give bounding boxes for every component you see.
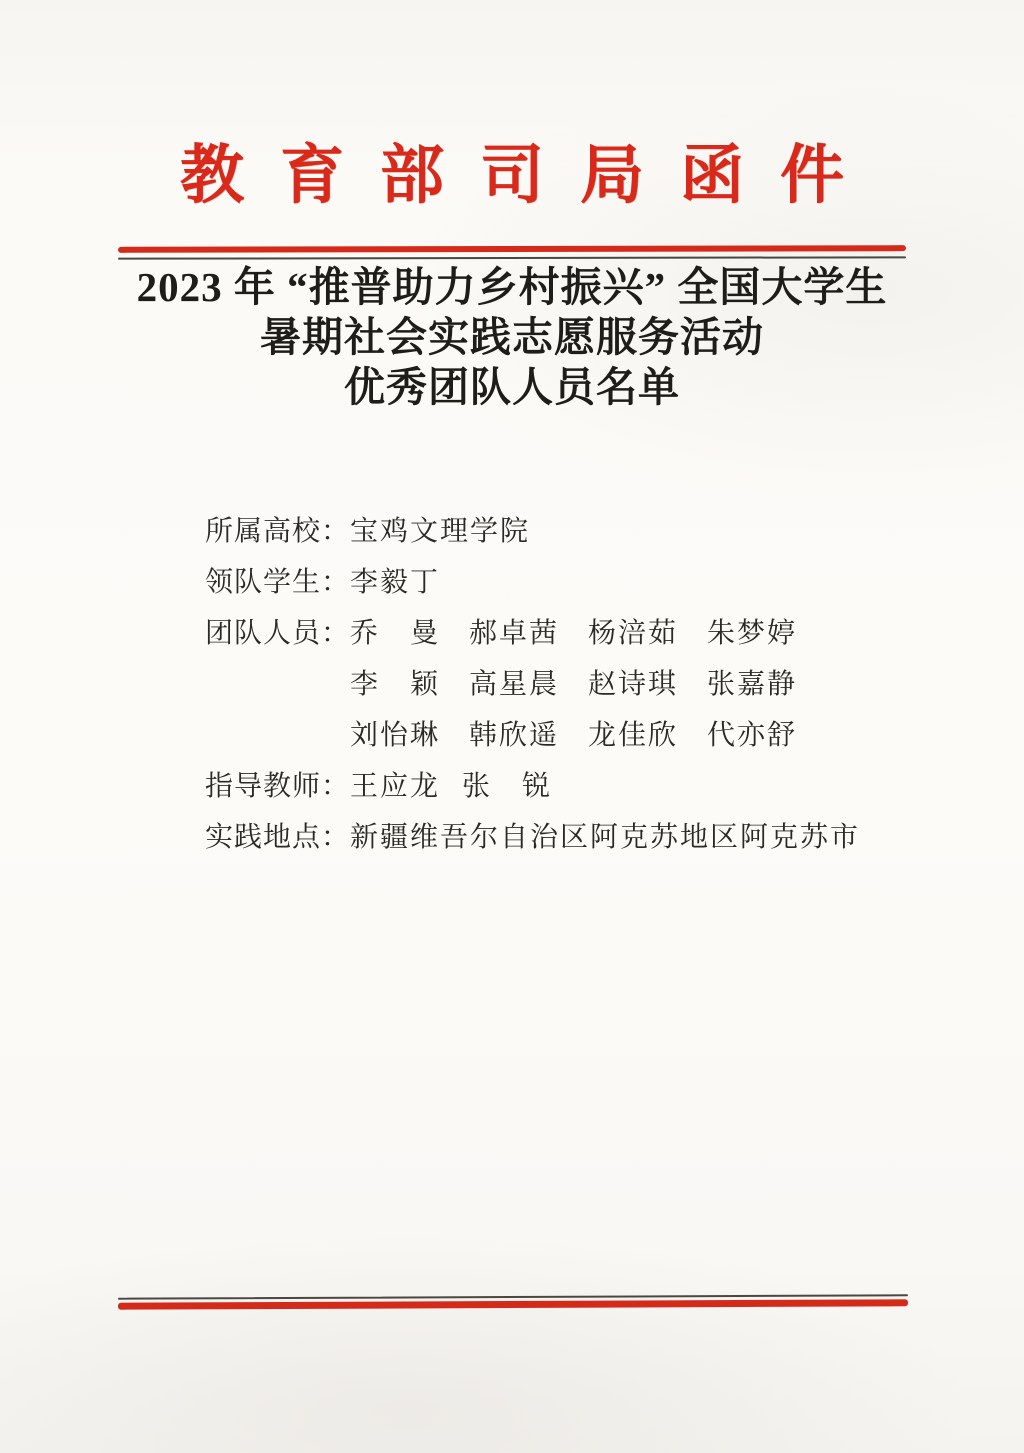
field-instructors: 指导教师： 王应龙 张 锐 xyxy=(205,761,905,812)
team-member-name: 高星晨 xyxy=(469,659,567,710)
title-line-1: 2023 年 “推普助力乡村振兴” 全国大学生 xyxy=(0,262,1024,312)
title-line-2: 暑期社会实践志愿服务活动 xyxy=(0,312,1024,362)
team-member-name: 韩欣遥 xyxy=(469,710,567,761)
footer-divider-red-line xyxy=(118,1299,908,1309)
team-member-row-2: 李 颖 高星晨 赵诗琪 张嘉静 xyxy=(350,659,905,710)
team-member-name: 张嘉静 xyxy=(707,659,805,710)
header-divider-red-line xyxy=(118,245,906,253)
team-member-row-1: 乔 曼 郝卓茜 杨涪茹 朱梦婷 xyxy=(350,608,905,659)
team-member-name: 赵诗琪 xyxy=(588,659,686,710)
university-label: 所属高校： xyxy=(205,506,350,557)
university-value: 宝鸡文理学院 xyxy=(350,506,530,557)
team-members-label: 团队人员： xyxy=(205,608,350,659)
instructor-name: 王应龙 xyxy=(350,761,448,812)
team-leader-label: 领队学生： xyxy=(205,557,350,608)
scanned-document-page: 教育部司局函件 2023 年 “推普助力乡村振兴” 全国大学生 暑期社会实践志愿… xyxy=(0,0,1024,1453)
document-title: 2023 年 “推普助力乡村振兴” 全国大学生 暑期社会实践志愿服务活动 优秀团… xyxy=(0,262,1024,412)
team-member-name: 刘怡琳 xyxy=(350,710,448,761)
masthead-title: 教育部司局函件 xyxy=(0,140,1024,212)
team-member-name: 郝卓茜 xyxy=(469,608,567,659)
field-team-members: 团队人员： 乔 曼 郝卓茜 杨涪茹 朱梦婷 李 颖 高星晨 赵诗琪 张嘉静 刘怡… xyxy=(205,608,905,761)
header-divider-thin-line xyxy=(118,256,906,259)
team-member-name: 李 颖 xyxy=(350,659,448,710)
header-divider xyxy=(118,246,906,259)
title-line-3: 优秀团队人员名单 xyxy=(0,362,1024,412)
team-member-name: 杨涪茹 xyxy=(588,608,686,659)
document-body: 所属高校： 宝鸡文理学院 领队学生： 李毅丁 团队人员： 乔 曼 郝卓茜 杨涪茹… xyxy=(205,506,905,863)
field-team-leader: 领队学生： 李毅丁 xyxy=(205,557,905,608)
field-practice-location: 实践地点： 新疆维吾尔自治区阿克苏地区阿克苏市 xyxy=(205,812,905,863)
practice-location-value: 新疆维吾尔自治区阿克苏地区阿克苏市 xyxy=(350,812,860,863)
team-member-name: 龙佳欣 xyxy=(588,710,686,761)
instructors-label: 指导教师： xyxy=(205,761,350,812)
practice-location-label: 实践地点： xyxy=(205,812,350,863)
footer-divider xyxy=(118,1296,908,1308)
team-member-row-3: 刘怡琳 韩欣遥 龙佳欣 代亦舒 xyxy=(350,710,905,761)
team-member-name: 代亦舒 xyxy=(707,710,805,761)
team-member-name: 朱梦婷 xyxy=(707,608,805,659)
team-member-list: 乔 曼 郝卓茜 杨涪茹 朱梦婷 李 颖 高星晨 赵诗琪 张嘉静 刘怡琳 韩欣遥 … xyxy=(350,608,905,761)
instructor-name: 张 锐 xyxy=(462,761,560,812)
field-university: 所属高校： 宝鸡文理学院 xyxy=(205,506,905,557)
team-member-name: 乔 曼 xyxy=(350,608,448,659)
team-leader-value: 李毅丁 xyxy=(350,557,440,608)
